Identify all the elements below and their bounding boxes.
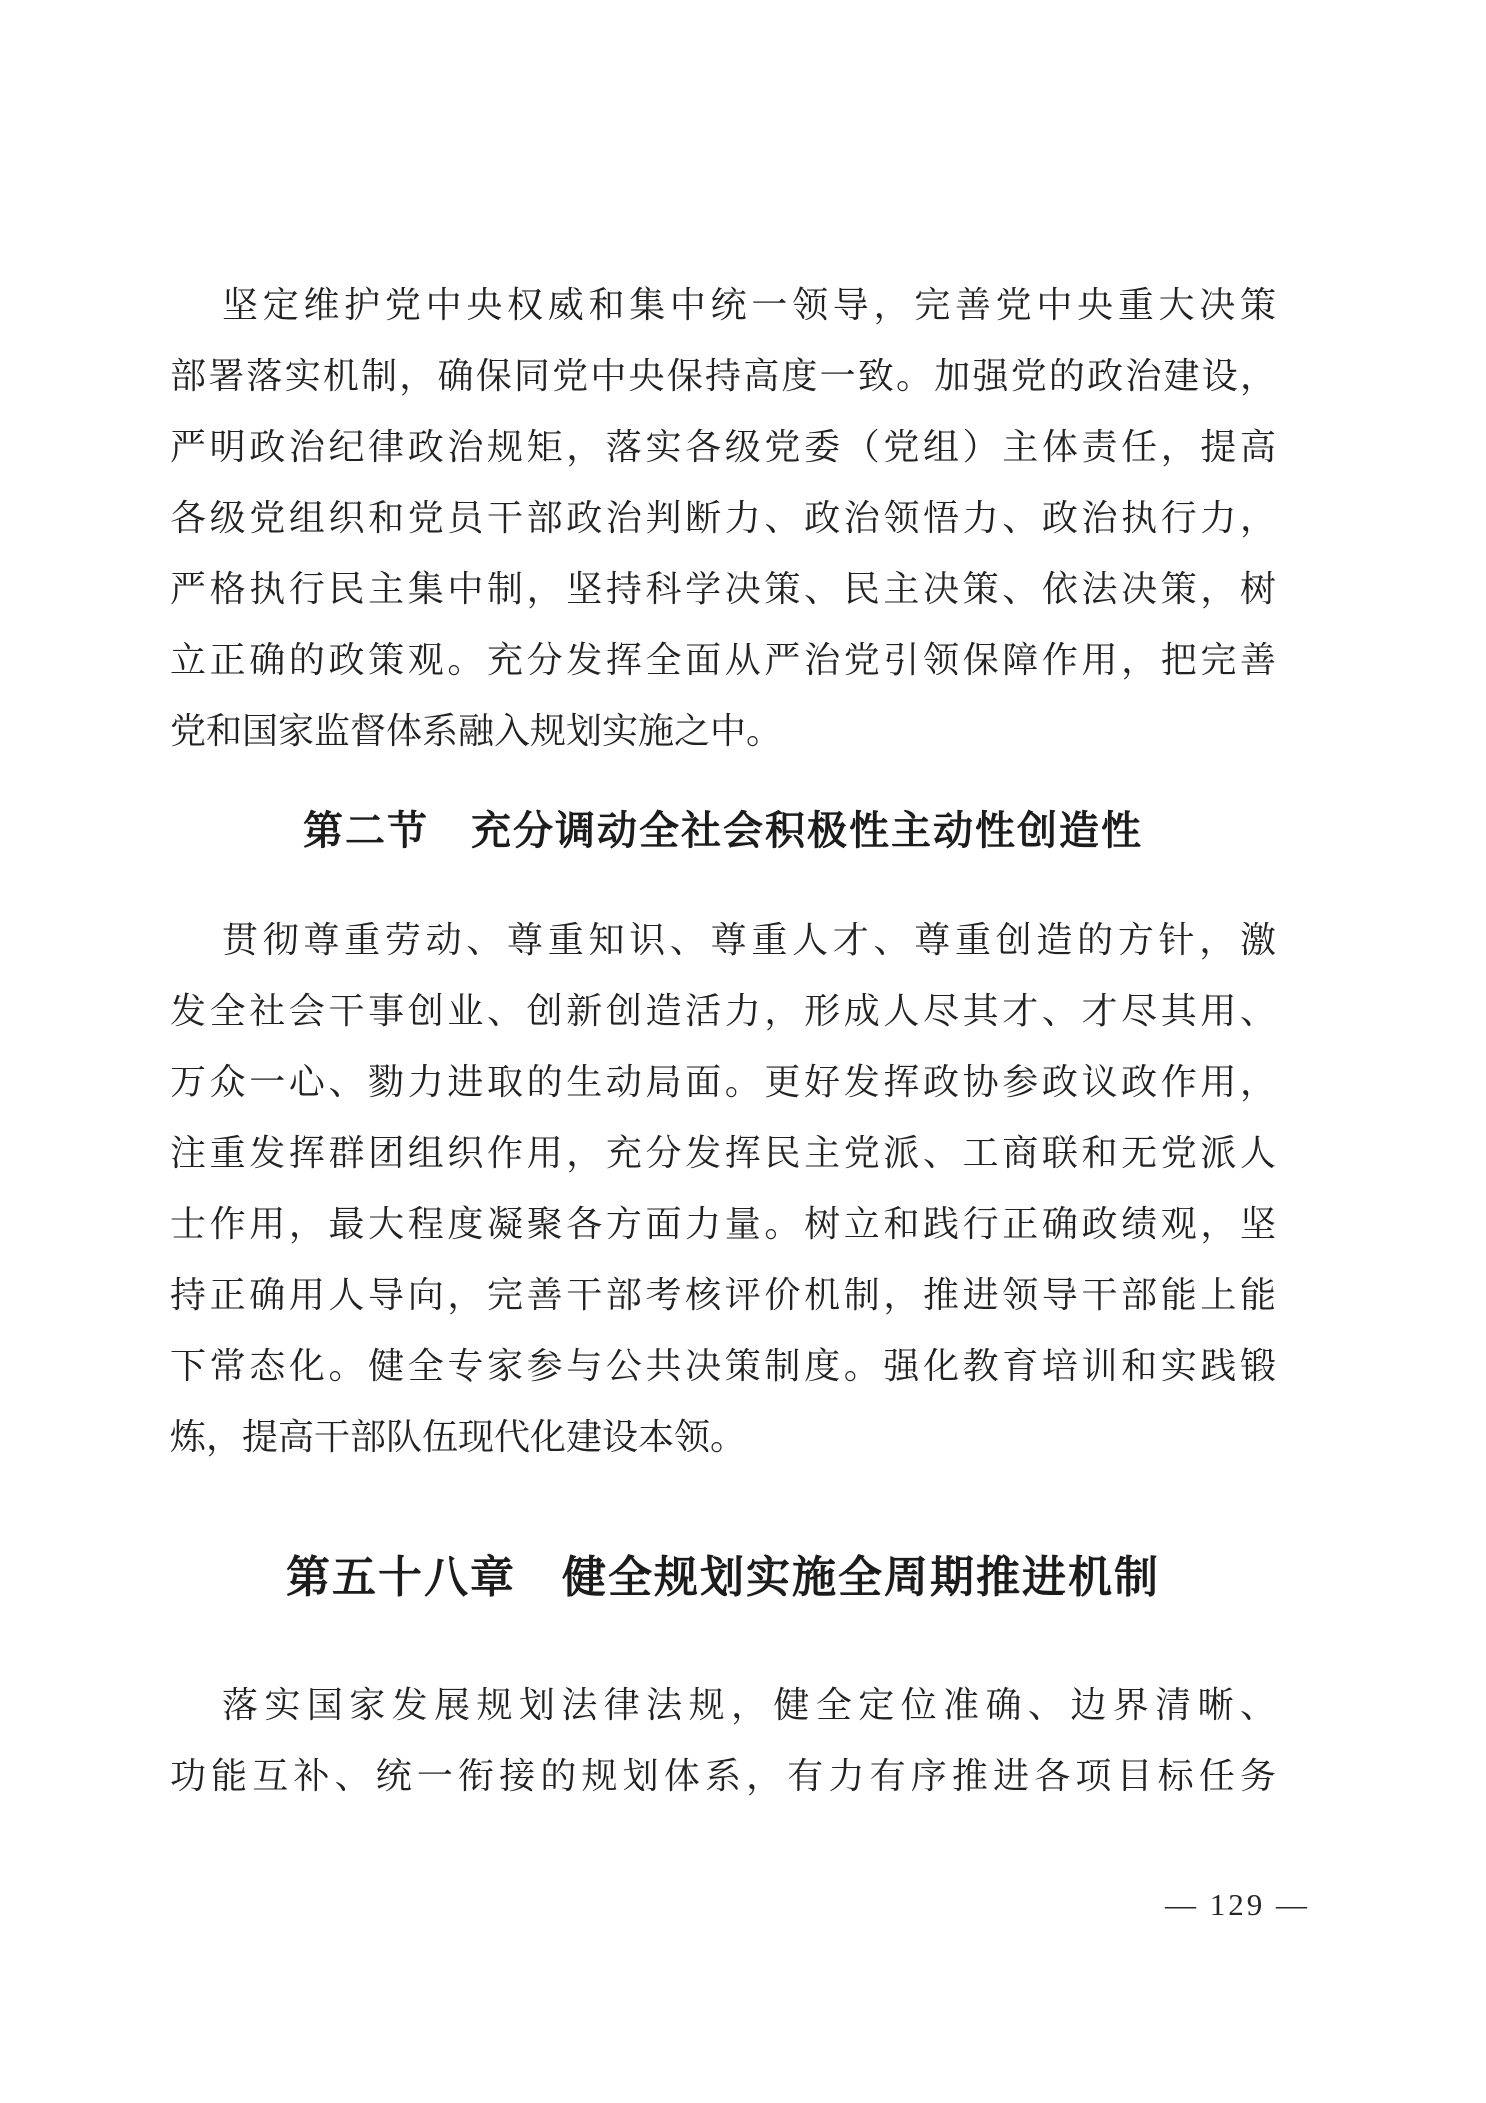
body-line: 下常态化。健全专家参与公共决策制度。强化教育培训和实践锻 [170,1331,1276,1402]
body-line: 贯彻尊重劳动、尊重知识、尊重人才、尊重创造的方针，激 [170,905,1276,976]
body-line: 坚定维护党中央权威和集中统一领导，完善党中央重大决策 [170,270,1276,341]
body-line: 发全社会干事创业、创新创造活力，形成人尽其才、才尽其用、 [170,976,1276,1047]
body-line: 部署落实机制，确保同党中央保持高度一致。加强党的政治建设， [170,341,1276,412]
document-page: 坚定维护党中央权威和集中统一领导，完善党中央重大决策 部署落实机制，确保同党中央… [0,0,1486,2103]
chapter-heading: 第五十八章 健全规划实施全周期推进机制 [170,1540,1276,1616]
body-line: 万众一心、勠力进取的生动局面。更好发挥政协参政议政作用， [170,1047,1276,1118]
paragraph-3: 落实国家发展规划法律法规，健全定位准确、边界清晰、 功能互补、统一衔接的规划体系… [170,1670,1276,1812]
body-line: 炼，提高干部队伍现代化建设本领。 [170,1402,1276,1473]
paragraph-2: 贯彻尊重劳动、尊重知识、尊重人才、尊重创造的方针，激 发全社会干事创业、创新创造… [170,905,1276,1473]
body-line: 注重发挥群团组织作用，充分发挥民主党派、工商联和无党派人 [170,1118,1276,1189]
body-line: 严明政治纪律政治规矩，落实各级党委（党组）主体责任，提高 [170,412,1276,483]
body-line: 立正确的政策观。充分发挥全面从严治党引领保障作用，把完善 [170,625,1276,696]
body-line: 各级党组织和党员干部政治判断力、政治领悟力、政治执行力， [170,483,1276,554]
paragraph-1: 坚定维护党中央权威和集中统一领导，完善党中央重大决策 部署落实机制，确保同党中央… [170,270,1276,767]
section-heading: 第二节 充分调动全社会积极性主动性创造性 [170,795,1276,866]
body-line: 落实国家发展规划法律法规，健全定位准确、边界清晰、 [170,1670,1276,1741]
body-line: 严格执行民主集中制，坚持科学决策、民主决策、依法决策，树 [170,554,1276,625]
body-line: 党和国家监督体系融入规划实施之中。 [170,696,1276,767]
page-number: — 129 — [1165,1884,1310,1926]
body-line: 士作用，最大程度凝聚各方面力量。树立和践行正确政绩观，坚 [170,1189,1276,1260]
body-line: 功能互补、统一衔接的规划体系，有力有序推进各项目标任务 [170,1741,1276,1812]
body-line: 持正确用人导向，完善干部考核评价机制，推进领导干部能上能 [170,1260,1276,1331]
